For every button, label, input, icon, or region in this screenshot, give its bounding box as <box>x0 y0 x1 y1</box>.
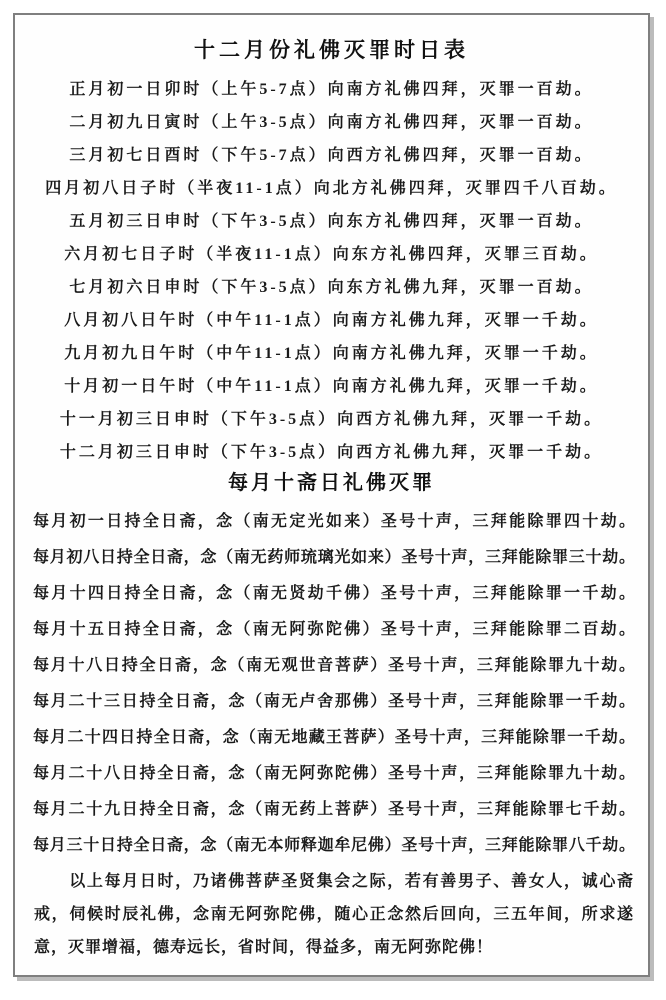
months-table-title: 十二月份礼佛灭罪时日表 <box>15 36 648 64</box>
tenday-row-29th: 每月二十九日持全日斋，念（南无药上菩萨）圣号十声，三拜能除罪七千劫。 <box>33 792 635 828</box>
tenday-row-18th: 每月十八日持全日斋，念（南无观世音菩萨）圣号十声，三拜能除罪九十劫。 <box>33 648 635 684</box>
closing-paragraph: 以上每月日时，乃诸佛菩萨圣贤集会之际，若有善男子、善女人，诚心斋戒，伺候时辰礼佛… <box>15 864 648 964</box>
tenday-row-8th: 每月初八日持全日斋，念（南无药师琉璃光如来）圣号十声，三拜能除罪三十劫。 <box>33 540 635 576</box>
tenday-row-14th: 每月十四日持全日斋，念（南无贤劫千佛）圣号十声，三拜能除罪一千劫。 <box>33 576 635 612</box>
months-row-sep: 九月初九日午时（中午11-1点）向南方礼佛九拜，灭罪一千劫。 <box>15 337 648 370</box>
tenday-row-28th: 每月二十八日持全日斋，念（南无阿弥陀佛）圣号十声，三拜能除罪九十劫。 <box>33 756 635 792</box>
tenday-row-23rd: 每月二十三日持全日斋，念（南无卢舍那佛）圣号十声，三拜能除罪一千劫。 <box>33 684 635 720</box>
months-row-nov: 十一月初三日申时（下午3-5点）向西方礼佛九拜，灭罪一千劫。 <box>15 403 648 436</box>
months-row-oct: 十月初一日午时（中午11-1点）向南方礼佛九拜，灭罪一千劫。 <box>15 370 648 403</box>
months-row-jan: 正月初一日卯时（上午5-7点）向南方礼佛四拜，灭罪一百劫。 <box>15 73 648 106</box>
tenday-row-24th: 每月二十四日持全日斋，念（南无地藏王菩萨）圣号十声，三拜能除罪一千劫。 <box>33 720 635 756</box>
months-row-apr: 四月初八日子时（半夜11-1点）向北方礼佛四拜，灭罪四千八百劫。 <box>15 172 648 205</box>
tenday-row-15th: 每月十五日持全日斋，念（南无阿弥陀佛）圣号十声，三拜能除罪二百劫。 <box>33 612 635 648</box>
months-row-dec: 十二月初三日申时（下午3-5点）向西方礼佛九拜，灭罪一千劫。 <box>15 436 648 469</box>
document-frame: 十二月份礼佛灭罪时日表 正月初一日卯时（上午5-7点）向南方礼佛四拜，灭罪一百劫… <box>13 13 650 977</box>
tenday-row-30th: 每月三十日持全日斋，念（南无本师释迦牟尼佛）圣号十声，三拜能除罪八千劫。 <box>33 828 635 864</box>
months-row-feb: 二月初九日寅时（上午3-5点）向南方礼佛四拜，灭罪一百劫。 <box>15 106 648 139</box>
ten-fast-days-list: 每月初一日持全日斋，念（南无定光如来）圣号十声，三拜能除罪四十劫。 每月初八日持… <box>15 504 648 864</box>
months-table: 正月初一日卯时（上午5-7点）向南方礼佛四拜，灭罪一百劫。 二月初九日寅时（上午… <box>15 73 648 469</box>
tenday-row-1st: 每月初一日持全日斋，念（南无定光如来）圣号十声，三拜能除罪四十劫。 <box>33 504 635 540</box>
ten-fast-days-title: 每月十斋日礼佛灭罪 <box>15 470 648 497</box>
months-row-jun: 六月初七日子时（半夜11-1点）向东方礼佛四拜，灭罪三百劫。 <box>15 238 648 271</box>
months-row-mar: 三月初七日酉时（下午5-7点）向西方礼佛四拜，灭罪一百劫。 <box>15 139 648 172</box>
months-row-may: 五月初三日申时（下午3-5点）向东方礼佛四拜，灭罪一百劫。 <box>15 205 648 238</box>
months-row-aug: 八月初八日午时（中午11-1点）向南方礼佛九拜，灭罪一千劫。 <box>15 304 648 337</box>
months-row-jul: 七月初六日申时（下午3-5点）向东方礼佛九拜，灭罪一百劫。 <box>15 271 648 304</box>
